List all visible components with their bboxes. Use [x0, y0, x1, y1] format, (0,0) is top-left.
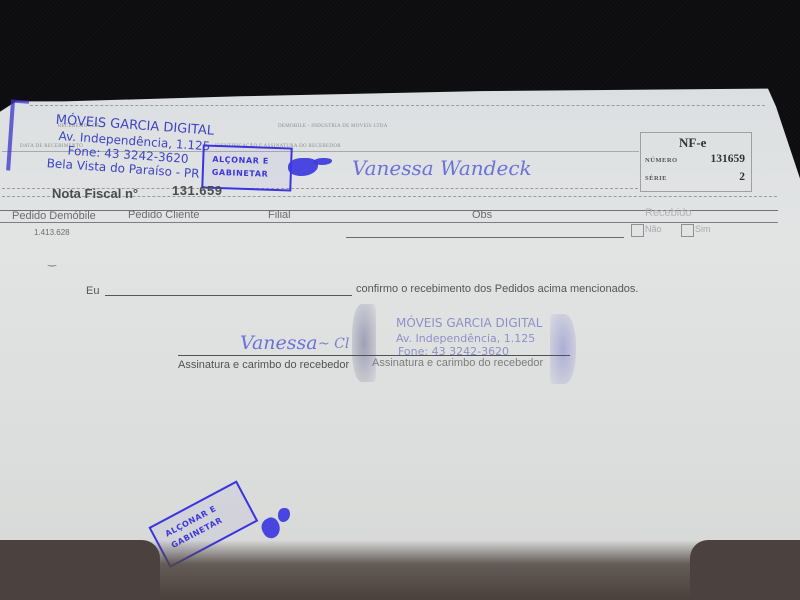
stamp-smudge-left — [352, 304, 376, 382]
stamp-smudge-right — [550, 314, 576, 384]
numero-label: NÚMERO — [645, 157, 678, 164]
serie-value: 2 — [739, 171, 745, 183]
stamp-bracket — [6, 99, 29, 171]
stamp-bottom-address: Av. Independência, 1.125 — [396, 332, 535, 345]
recebido-nao-label: Não — [645, 224, 662, 234]
signature-label-left: Assinatura e carimbo do recebedor — [178, 359, 349, 371]
company-stamp-top: MÓVEIS GARCIA DIGITAL Av. Independência,… — [5, 97, 201, 196]
col-header-pedido-demobile: Pedido Demóbile — [12, 210, 96, 222]
box-stamp-line2: GABINETAR — [204, 165, 290, 181]
pedido-demobile-value: 1.413.628 — [34, 228, 70, 237]
confirmation-prefix: Eu — [86, 285, 99, 297]
signature-label-right: Assinatura e carimbo do recebedor — [372, 357, 543, 369]
col-header-pedido-cliente: Pedido Cliente — [128, 209, 200, 221]
company-stamp-bottom: MÓVEIS GARCIA DIGITAL Av. Independência,… — [350, 300, 590, 390]
header-small-text-company: DEMOBILE - INDUSTRIA DE MOVEIS LTDA — [278, 124, 388, 129]
confirmation-text: confirmo o recebimento dos Pedidos acima… — [356, 283, 638, 295]
col-header-filial: Filial — [268, 209, 291, 221]
nota-fiscal-number: 131.659 — [172, 183, 223, 198]
numero-value: 131659 — [711, 153, 746, 165]
handwritten-signature: Vanessa — [240, 332, 318, 354]
signature-line[interactable] — [178, 355, 570, 356]
shadow-right-hand — [690, 540, 800, 600]
recebido-sim-checkbox[interactable] — [681, 224, 694, 237]
col-header-recebido: Recebido — [645, 207, 691, 219]
handwritten-recipient-name: Vanessa Wandeck — [352, 156, 532, 180]
recebido-nao-checkbox[interactable] — [631, 224, 644, 237]
obs-field-line — [346, 237, 624, 238]
table-header-bottom-line — [0, 222, 778, 223]
stamp-bottom-company-name: MÓVEIS GARCIA DIGITAL — [396, 316, 542, 330]
name-field-line[interactable] — [105, 295, 352, 296]
nfe-title: NF-e — [679, 135, 706, 151]
serie-label: SÉRIE — [645, 175, 667, 182]
nfe-box: NF-e NÚMERO 131659 SÉRIE 2 — [640, 132, 752, 192]
nota-fiscal-label: Nota Fiscal n° — [52, 186, 138, 201]
col-header-obs: Obs — [472, 209, 492, 221]
handwritten-signature-tail: ~ Cl — [318, 336, 349, 352]
pen-mark: ‿ — [48, 256, 56, 267]
recebido-sim-label: Sim — [695, 224, 711, 234]
shadow-left-hand — [0, 540, 160, 600]
